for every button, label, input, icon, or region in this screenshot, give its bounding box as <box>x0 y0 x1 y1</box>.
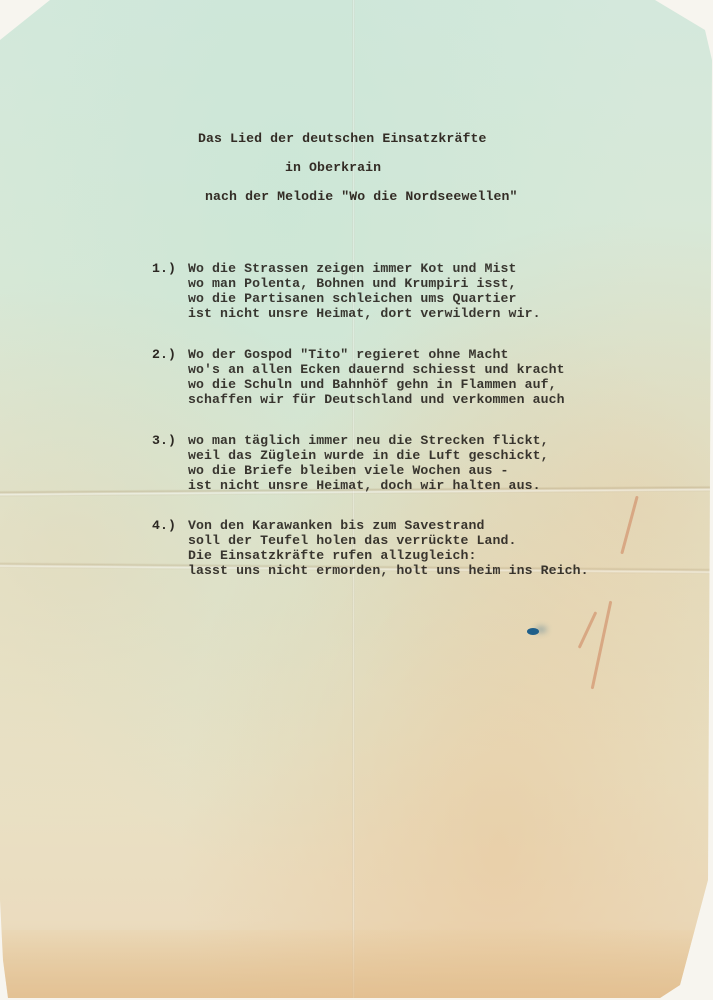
verse-line: Wo der Gospod "Tito" regieret ohne Macht <box>188 347 565 362</box>
verse-line: soll der Teufel holen das verrückte Land… <box>188 533 589 548</box>
verse-line: Die Einsatzkräfte rufen allzugleich: <box>188 548 589 563</box>
verse-line: Wo die Strassen zeigen immer Kot und Mis… <box>188 261 541 276</box>
stanza-number: 4.) <box>152 518 176 533</box>
typewritten-document: Das Lied der deutschen Einsatzkräfte in … <box>0 0 713 1000</box>
verse-line: wo man täglich immer neu die Strecken fl… <box>188 433 549 448</box>
stanza-number: 3.) <box>152 433 176 448</box>
verse-line: weil das Züglein wurde in die Luft gesch… <box>188 448 549 463</box>
verse-line: ist nicht unsre Heimat, doch wir halten … <box>188 478 549 493</box>
stanza-number: 1.) <box>152 261 176 276</box>
song-region: in Oberkrain <box>285 160 381 175</box>
verse-line: Von den Karawanken bis zum Savestrand <box>188 518 589 533</box>
verse-line: wo's an allen Ecken dauernd schiesst und… <box>188 362 565 377</box>
verse-line: wo die Partisanen schleichen ums Quartie… <box>188 291 541 306</box>
song-melody: nach der Melodie "Wo die Nordseewellen" <box>205 189 518 204</box>
verse-line: wo die Briefe bleiben viele Wochen aus - <box>188 463 549 478</box>
verse-line: schaffen wir für Deutschland und verkomm… <box>188 392 565 407</box>
verse-line: lasst uns nicht ermorden, holt uns heim … <box>188 563 589 578</box>
verse-line: wo man Polenta, Bohnen und Krumpiri isst… <box>188 276 541 291</box>
verse-line: ist nicht unsre Heimat, dort verwildern … <box>188 306 541 321</box>
verse-line: wo die Schuln und Bahnhöf gehn in Flamme… <box>188 377 565 392</box>
song-title: Das Lied der deutschen Einsatzkräfte <box>198 131 487 146</box>
stanza-number: 2.) <box>152 347 176 362</box>
